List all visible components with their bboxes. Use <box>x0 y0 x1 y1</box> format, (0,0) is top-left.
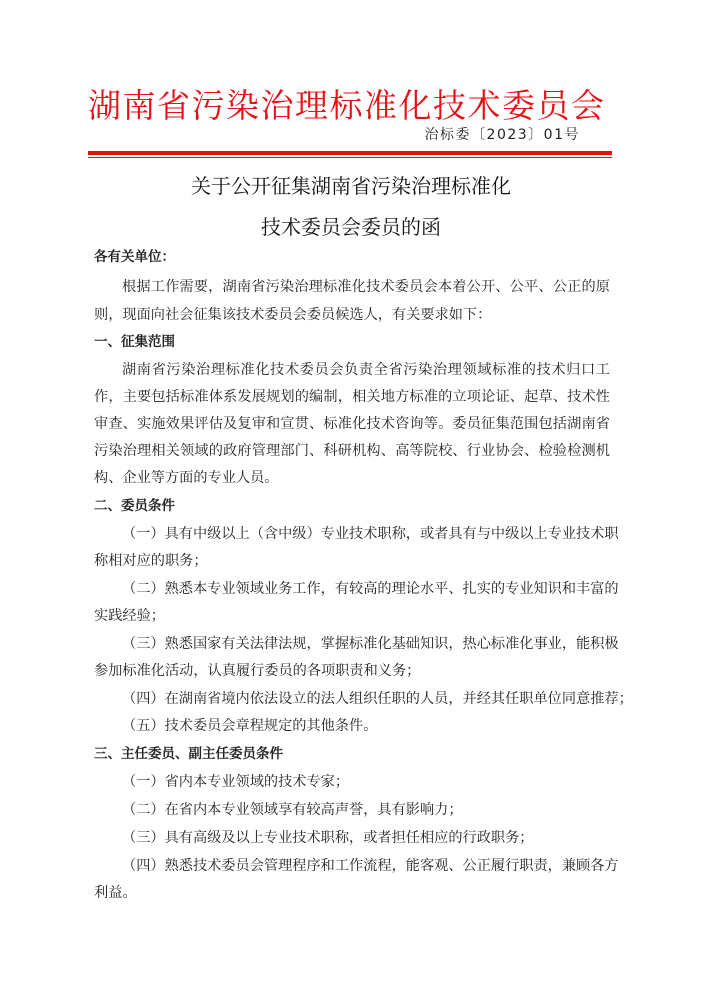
section-3-item-4-cont: 利益。 <box>94 883 137 903</box>
section-2-item-2: （二）熟悉本专业领域业务工作，有较高的理论水平、扎实的专业知识和丰富的 <box>122 579 610 599</box>
document-number: 治标委〔2023〕01号 <box>380 126 580 144</box>
salutation: 各有关单位： <box>94 247 175 267</box>
intro-line-1: 根据工作需要，湖南省污染治理标准化技术委员会本着公开、公平、公正的原 <box>122 277 610 297</box>
section-heading-2: 二、委员条件 <box>94 496 175 516</box>
red-header-rule-thick <box>88 151 612 155</box>
red-header-rule-thin <box>88 157 612 158</box>
section-3-item-2: （二）在省内本专业领域享有较高声誉，具有影响力； <box>122 800 463 820</box>
section-2-item-3-cont: 参加标准化活动，认真履行委员的各项职责和义务； <box>94 661 420 681</box>
section-2-item-5: （五）技术委员会章程规定的其他条件。 <box>122 716 377 736</box>
section-3-item-1: （一）省内本专业领域的技术专家； <box>122 772 349 792</box>
section-2-item-1: （一）具有中级以上（含中级）专业技术职称，或者具有与中级以上专业技术职 <box>122 524 610 544</box>
section-3-item-4: （四）熟悉技术委员会管理程序和工作流程，能客观、公正履行职责，兼顾各方 <box>122 856 610 876</box>
section-2-item-3: （三）熟悉国家有关法律法规，掌握标准化基础知识，热心标准化事业，能积极 <box>122 634 610 654</box>
organization-name: 湖南省污染治理标准化技术委员会 <box>88 86 614 126</box>
document-page: 湖南省污染治理标准化技术委员会 治标委〔2023〕01号 关于公开征集湖南省污染… <box>0 0 706 1000</box>
section-1-line: 湖南省污染治理标准化技术委员会负责全省污染治理领域标准的技术归口工 <box>122 360 610 380</box>
section-1-line: 作，主要包括标准体系发展规划的编制，相关地方标准的立项论证、起草、技术性 <box>94 387 610 407</box>
document-title-line-2: 技术委员会委员的函 <box>88 214 614 240</box>
section-1-line: 审查、实施效果评估及复审和宣贯、标准化技术咨询等。委员征集范围包括湖南省 <box>94 414 610 434</box>
intro-line-2: 则，现面向社会征集该技术委员会委员候选人，有关要求如下： <box>94 305 491 325</box>
section-1-line: 构、企业等方面的专业人员。 <box>94 468 278 488</box>
section-2-item-4: （四）在湖南省境内依法设立的法人组织任职的人员，并经其任职单位同意推荐； <box>122 689 633 709</box>
section-heading-1: 一、征集范围 <box>94 332 175 352</box>
document-title-line-1: 关于公开征集湖南省污染治理标准化 <box>88 173 614 199</box>
section-2-item-2-cont: 实践经验； <box>94 606 165 626</box>
section-2-item-1-cont: 称相对应的职务； <box>94 551 208 571</box>
section-3-item-3: （三）具有高级及以上专业技术职称，或者担任相应的行政职务； <box>122 828 533 848</box>
section-heading-3: 三、主任委员、副主任委员条件 <box>94 744 283 764</box>
section-1-line: 污染治理相关领域的政府管理部门、科研机构、高等院校、行业协会、检验检测机 <box>94 441 610 461</box>
